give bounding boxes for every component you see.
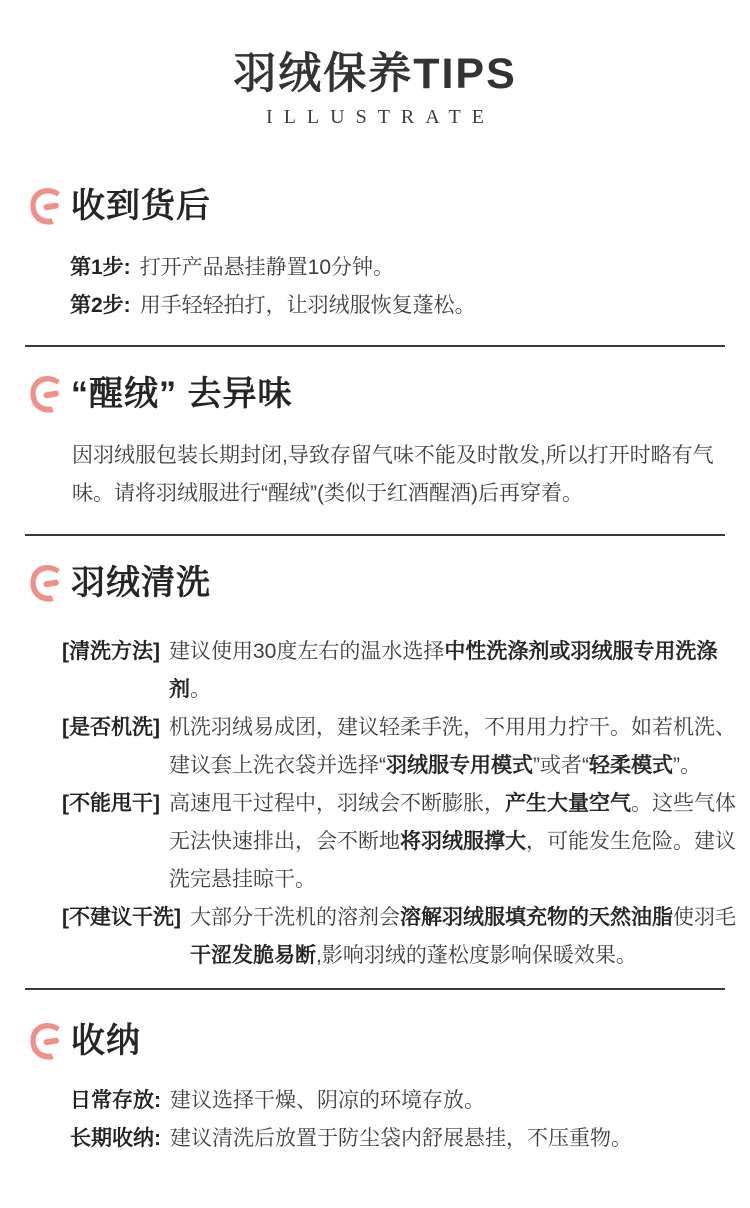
tip-text: 高速甩干过程中，羽绒会不断膨胀，产生大量空气。这些气体无法快速排出，会不断地将羽…: [169, 785, 742, 899]
step-line: 第1步:打开产品悬挂静置10分钟。: [70, 249, 750, 287]
divider: [25, 988, 725, 990]
section-heading: 羽绒清洗: [71, 560, 211, 606]
tip-text: 建议使用30度左右的温水选择中性洗涤剂或羽绒服专用洗涤剂。: [169, 633, 742, 709]
divider: [25, 534, 725, 536]
tip-text: 大部分干洗机的溶剂会溶解羽绒服填充物的天然油脂使羽毛干涩发脆易断,影响羽绒的蓬松…: [190, 899, 742, 975]
feather-icon: [27, 562, 65, 604]
section-header: “醒绒” 去异味: [27, 371, 750, 417]
divider: [25, 345, 725, 347]
step-list: 第1步:打开产品悬挂静置10分钟。 第2步:用手轻轻拍打，让羽绒服恢复蓬松。: [70, 249, 750, 325]
tip-row: [不能甩干] 高速甩干过程中，羽绒会不断膨胀，产生大量空气。这些气体无法快速排出…: [62, 785, 742, 899]
page-subtitle: ILLUSTRATE: [0, 105, 750, 129]
section-heading: 收纳: [71, 1018, 141, 1064]
section-header: 羽绒清洗: [27, 560, 750, 606]
section-header: 收纳: [27, 1018, 750, 1064]
section-heading: 收到货后: [71, 183, 211, 229]
step-text: 建议清洗后放置于防尘袋内舒展悬挂，不压重物。: [170, 1127, 632, 1150]
section-wake-down: “醒绒” 去异味 因羽绒服包装长期封闭,导致存留气味不能及时散发,所以打开时略有…: [0, 371, 750, 513]
section-header: 收到货后: [27, 183, 750, 229]
page-header: 羽绒保养TIPS ILLUSTRATE: [0, 0, 750, 129]
tip-label: [清洗方法]: [62, 633, 160, 671]
step-list: 日常存放:建议选择干燥、阴凉的环境存放。 长期收纳:建议清洗后放置于防尘袋内舒展…: [70, 1082, 750, 1158]
tip-list: [清洗方法] 建议使用30度左右的温水选择中性洗涤剂或羽绒服专用洗涤剂。 [是否…: [62, 633, 742, 975]
tip-row: [是否机洗] 机洗羽绒易成团，建议轻柔手洗，不用用力拧干。如若机洗、建议套上洗衣…: [62, 709, 742, 785]
step-label: 第2步:: [70, 294, 131, 317]
feather-icon: [27, 1020, 65, 1062]
step-line: 第2步:用手轻轻拍打，让羽绒服恢复蓬松。: [70, 287, 750, 325]
section-after-receiving: 收到货后 第1步:打开产品悬挂静置10分钟。 第2步:用手轻轻拍打，让羽绒服恢复…: [0, 183, 750, 325]
step-label: 长期收纳:: [70, 1127, 161, 1150]
step-line: 长期收纳:建议清洗后放置于防尘袋内舒展悬挂，不压重物。: [70, 1120, 750, 1158]
tip-label: [不能甩干]: [62, 785, 160, 823]
down-care-tips-page: 羽绒保养TIPS ILLUSTRATE 收到货后 第1步:打开产品悬挂静置10分…: [0, 0, 750, 1208]
tip-row: [不建议干洗] 大部分干洗机的溶剂会溶解羽绒服填充物的天然油脂使羽毛干涩发脆易断…: [62, 899, 742, 975]
section-storage: 收纳 日常存放:建议选择干燥、阴凉的环境存放。 长期收纳:建议清洗后放置于防尘袋…: [0, 1018, 750, 1158]
feather-icon: [27, 185, 65, 227]
step-text: 打开产品悬挂静置10分钟。: [140, 256, 394, 279]
tip-label: [是否机洗]: [62, 709, 160, 747]
step-text: 建议选择干燥、阴凉的环境存放。: [170, 1089, 485, 1112]
tip-text: 机洗羽绒易成团，建议轻柔手洗，不用用力拧干。如若机洗、建议套上洗衣袋并选择“羽绒…: [169, 709, 742, 785]
section-washing: 羽绒清洗 [清洗方法] 建议使用30度左右的温水选择中性洗涤剂或羽绒服专用洗涤剂…: [0, 560, 750, 975]
tip-row: [清洗方法] 建议使用30度左右的温水选择中性洗涤剂或羽绒服专用洗涤剂。: [62, 633, 742, 709]
feather-icon: [27, 373, 65, 415]
step-line: 日常存放:建议选择干燥、阴凉的环境存放。: [70, 1082, 750, 1120]
page-title: 羽绒保养TIPS: [0, 50, 750, 98]
step-label: 日常存放:: [70, 1089, 161, 1112]
section-paragraph: 因羽绒服包装长期封闭,导致存留气味不能及时散发,所以打开时略有气味。请将羽绒服进…: [72, 437, 724, 513]
tip-label: [不建议干洗]: [62, 899, 181, 937]
section-heading: “醒绒” 去异味: [71, 371, 292, 417]
step-label: 第1步:: [70, 256, 131, 279]
step-text: 用手轻轻拍打，让羽绒服恢复蓬松。: [140, 294, 476, 317]
